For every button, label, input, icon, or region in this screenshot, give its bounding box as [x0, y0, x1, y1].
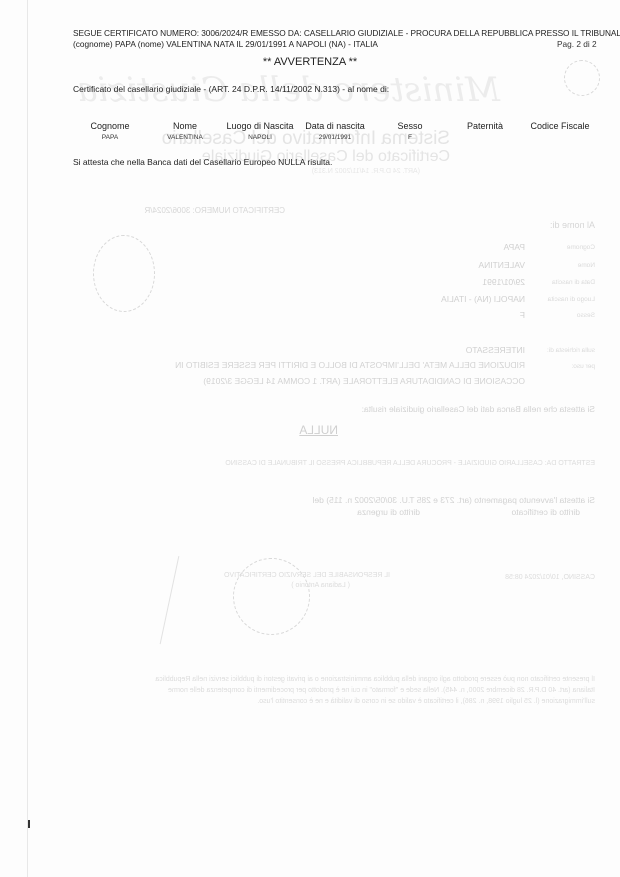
ghost-richiesta-value: INTERESSATO — [466, 345, 525, 355]
ghost-place-date: CASSINO, 10/01/2024 08:58 — [505, 574, 595, 581]
column-value: PAPA — [85, 134, 135, 141]
column-header: Cognome — [85, 121, 135, 131]
ghost-pagamento: Si attesta l'avvenuto pagamento (art. 27… — [313, 495, 595, 505]
ghost-footnote2: Italiana (art. 40 D.P.R. 28 dicembre 200… — [168, 687, 595, 694]
ghost-estratto: ESTRATTO DA: CASELLARIO GIUDIZIALE - PRO… — [225, 460, 595, 467]
certificate-header-line2: (cognome) PAPA (nome) VALENTINA NATA IL … — [73, 39, 378, 49]
column-header: Paternità — [460, 121, 510, 131]
ghost-field-value: 29/01/1991 — [482, 277, 525, 287]
ghost-stamp-icon — [93, 235, 155, 312]
ghost-officer-name: ( Ladiana Antonio ) — [291, 582, 350, 589]
scan-edge — [27, 0, 28, 877]
page-number: Pag. 2 di 2 — [557, 39, 597, 49]
column-luogo-nascita: Luogo di Nascita NAPOLI — [225, 121, 295, 141]
column-header: Sesso — [390, 121, 430, 131]
ghost-field-value: F — [520, 310, 525, 320]
column-codice-fiscale: Codice Fiscale — [525, 121, 595, 134]
column-header: Codice Fiscale — [525, 121, 595, 131]
column-value: NAPOLI — [225, 134, 295, 141]
ghost-field-value: PAPA — [504, 242, 525, 252]
ghost-title3: (ART. 24 D.P.R. 14/11/2002 N.313) — [312, 168, 420, 175]
column-cognome: Cognome PAPA — [85, 121, 135, 141]
attestation-text: Si attesta che nella Banca dati del Case… — [73, 157, 332, 167]
column-nome: Nome VALENTINA — [160, 121, 210, 141]
ghost-signature — [159, 556, 180, 644]
ghost-footnote1: Il presente certificato non può essere p… — [155, 676, 595, 683]
scan-mark — [28, 820, 30, 828]
ghost-field-value: NAPOLI (NA) - ITALIA — [441, 294, 525, 304]
ghost-diritto-certificato: diritto di certificato — [512, 507, 581, 517]
column-value: F — [390, 134, 430, 141]
ghost-field-value: VALENTINA — [478, 260, 525, 270]
ghost-field-label: Luogo di nascita — [548, 296, 595, 303]
ghost-richiesta-label: sulla richiesta di: — [547, 347, 595, 354]
ghost-attest-line: Si attesta che nella Banca dati del Case… — [362, 404, 595, 414]
intro-text: Certificato del casellario giudiziale - … — [73, 84, 389, 94]
column-sesso: Sesso F — [390, 121, 430, 141]
ghost-tribunal-seal-icon — [233, 558, 310, 635]
document-page: Ministero della Giustizia Sistema Inform… — [0, 0, 620, 877]
ghost-certificate-number: CERTIFICATO NUMERO: 3006/2024/R — [145, 206, 286, 215]
column-value: 29/01/1991 — [300, 134, 370, 141]
certificate-header-line1: SEGUE CERTIFICATO NUMERO: 3006/2024/R EM… — [73, 28, 620, 38]
ghost-uso-line2: OCCASIONE DI CANDIDATURA ELETTORALE (ART… — [203, 376, 525, 386]
ghost-field-label: Sesso — [577, 312, 595, 319]
ghost-field-label: Cognome — [567, 244, 595, 251]
ghost-officer: IL RESPONSABILE DEL SERVIZIO CERTIFICATI… — [224, 572, 390, 579]
column-header: Nome — [160, 121, 210, 131]
ghost-field-label: Nome — [578, 262, 595, 269]
column-value: VALENTINA — [160, 134, 210, 141]
column-header: Luogo di Nascita — [225, 121, 295, 131]
column-data-nascita: Data di nascita 29/01/1991 — [300, 121, 370, 141]
ghost-field-label: Data di nascita — [552, 279, 595, 286]
ghost-nulla: NULLA — [299, 423, 338, 437]
column-paternita: Paternità — [460, 121, 510, 134]
ghost-uso-label: per uso: — [572, 363, 596, 370]
warning-title: ** AVVERTENZA ** — [0, 56, 620, 68]
ghost-al-nome-di: Al nome di: — [550, 220, 595, 230]
ghost-uso-line1: RIDUZIONE DELLA META' DELL'IMPOSTA DI BO… — [175, 360, 525, 370]
ghost-footnote3: sull'immigrazione (l. 25 luglio 1998, n.… — [257, 698, 595, 705]
ghost-diritto-urgenza: diritto di urgenza — [357, 507, 420, 517]
column-header: Data di nascita — [300, 121, 370, 131]
